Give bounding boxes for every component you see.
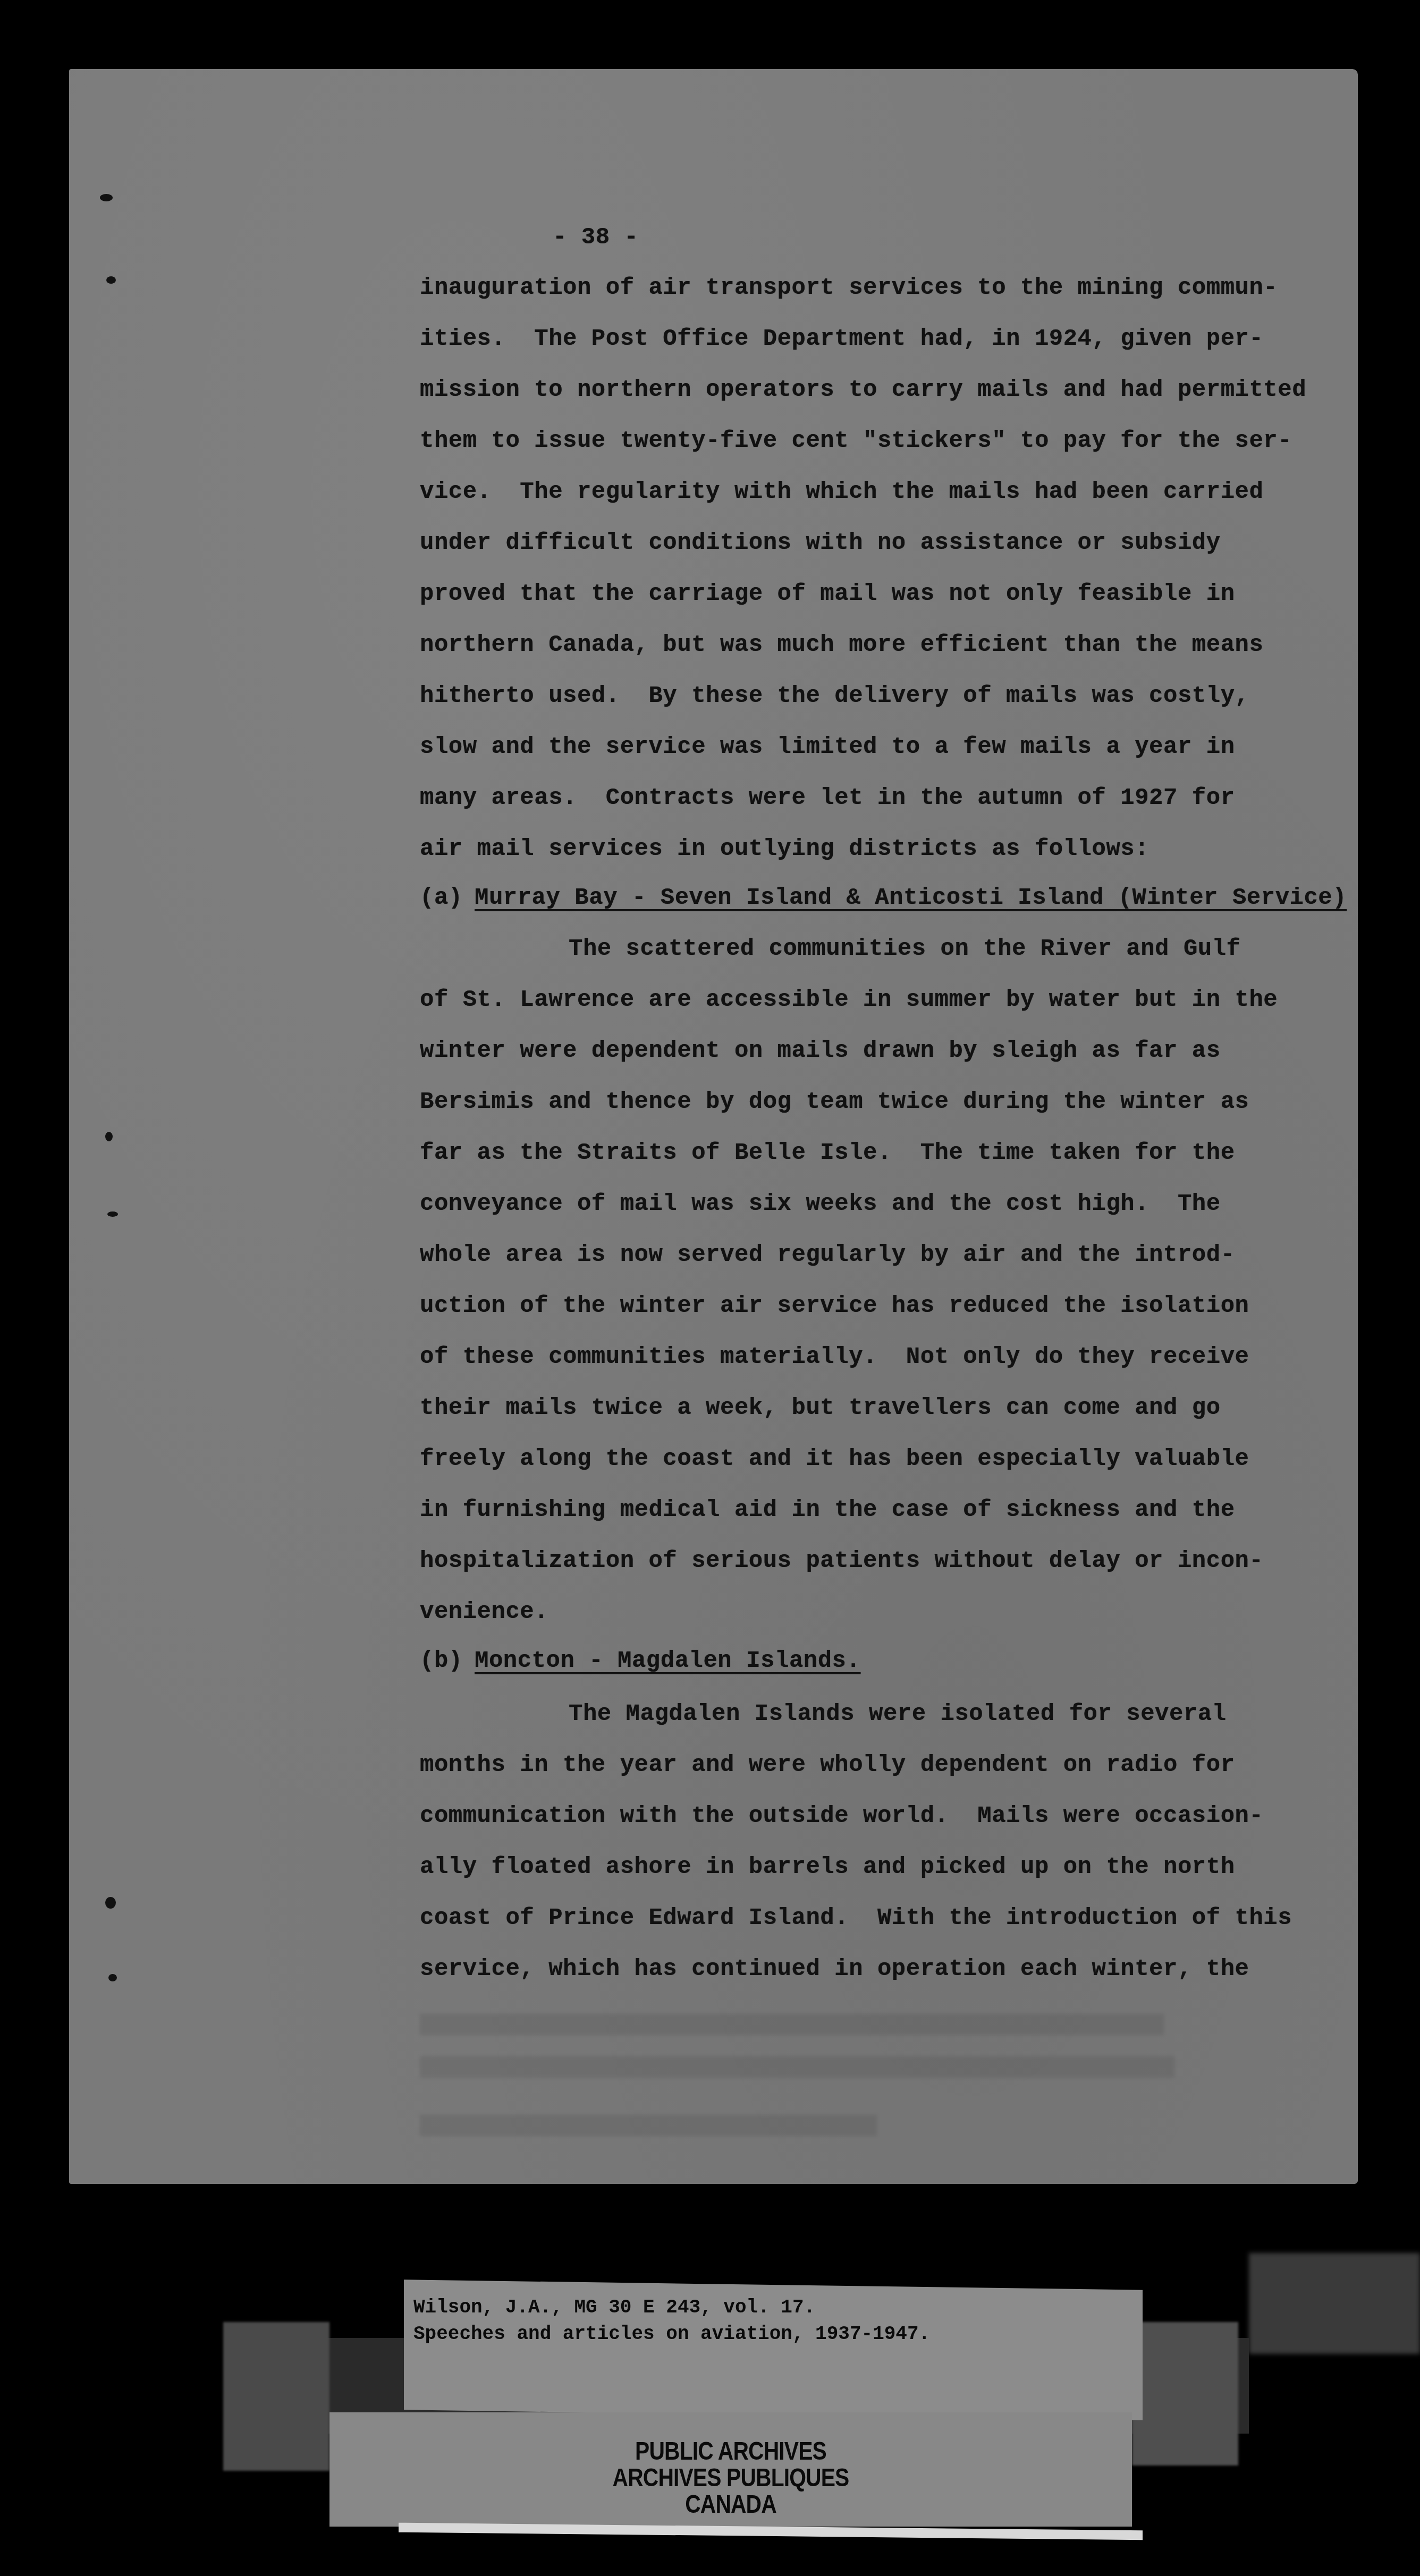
- text-line: mission to northern operators to carry m…: [420, 378, 1306, 402]
- page-number: - 38 -: [553, 226, 638, 249]
- text-line: ities. The Post Office Department had, i…: [420, 327, 1263, 351]
- archive-reference: Wilson, J.A., MG 30 E 243, vol. 17.: [413, 2298, 815, 2317]
- label-tab: [223, 2322, 329, 2471]
- punch-mark: [100, 194, 113, 201]
- section-a-title: Murray Bay - Seven Island & Anticosti Is…: [475, 886, 1347, 910]
- text-line: vice. The regularity with which the mail…: [420, 480, 1263, 504]
- text-line: ally floated ashore in barrels and picke…: [420, 1855, 1235, 1879]
- text-line: whole area is now served regularly by ai…: [420, 1243, 1235, 1267]
- punch-mark: [105, 1897, 116, 1909]
- label-tab: [1132, 2322, 1238, 2465]
- stamp-line-french: ARCHIVES PUBLIQUES: [390, 2465, 1072, 2491]
- text-line: coast of Prince Edward Island. With the …: [420, 1906, 1292, 1930]
- text-line: air mail services in outlying districts …: [420, 837, 1149, 861]
- text-line: conveyance of mail was six weeks and the…: [420, 1192, 1221, 1216]
- film-edge: [1249, 2253, 1420, 2354]
- text-line: communication with the outside world. Ma…: [420, 1804, 1263, 1828]
- text-line: of these communities materially. Not onl…: [420, 1345, 1249, 1369]
- text-line: venience.: [420, 1600, 548, 1624]
- archive-description: Speeches and articles on aviation, 1937-…: [413, 2325, 930, 2344]
- bleed-through-text: [420, 2014, 1164, 2035]
- text-line: freely along the coast and it has been e…: [420, 1447, 1249, 1471]
- text-line: in furnishing medical aid in the case of…: [420, 1498, 1235, 1522]
- punch-mark: [105, 1132, 113, 1141]
- section-b-title: Moncton - Magdalen Islands.: [475, 1649, 860, 1673]
- text-line: hospitalization of serious patients with…: [420, 1549, 1263, 1573]
- text-line: winter were dependent on mails drawn by …: [420, 1039, 1221, 1063]
- section-a-label: (a): [420, 886, 463, 910]
- text-line: The Magdalen Islands were isolated for s…: [569, 1702, 1227, 1726]
- section-b-label: (b): [420, 1649, 463, 1673]
- stamp-line-english: PUBLIC ARCHIVES: [390, 2439, 1072, 2464]
- text-line: The scattered communities on the River a…: [569, 937, 1241, 961]
- stamp-line-country: CANADA: [390, 2492, 1072, 2518]
- text-line: far as the Straits of Belle Isle. The ti…: [420, 1141, 1235, 1165]
- text-line: service, which has continued in operatio…: [420, 1958, 1249, 1981]
- punch-mark: [106, 276, 116, 284]
- text-line: them to issue twenty-five cent "stickers…: [420, 429, 1292, 453]
- text-line: many areas. Contracts were let in the au…: [420, 786, 1235, 810]
- text-line: hitherto used. By these the delivery of …: [420, 684, 1249, 708]
- text-line: under difficult conditions with no assis…: [420, 531, 1221, 555]
- punch-mark: [107, 1211, 118, 1217]
- text-line: uction of the winter air service has red…: [420, 1294, 1249, 1318]
- text-line: northern Canada, but was much more effic…: [420, 633, 1263, 657]
- text-line: of St. Lawrence are accessible in summer…: [420, 988, 1278, 1012]
- text-line: slow and the service was limited to a fe…: [420, 735, 1235, 759]
- text-line: proved that the carriage of mail was not…: [420, 582, 1235, 606]
- bleed-through-text: [420, 2056, 1174, 2078]
- punch-mark: [108, 1974, 117, 1981]
- text-line: their mails twice a week, but travellers…: [420, 1396, 1221, 1420]
- text-line: inauguration of air transport services t…: [420, 276, 1278, 300]
- bleed-through-text: [420, 2115, 877, 2136]
- text-line: months in the year and were wholly depen…: [420, 1753, 1235, 1777]
- text-line: Bersimis and thence by dog team twice du…: [420, 1090, 1249, 1114]
